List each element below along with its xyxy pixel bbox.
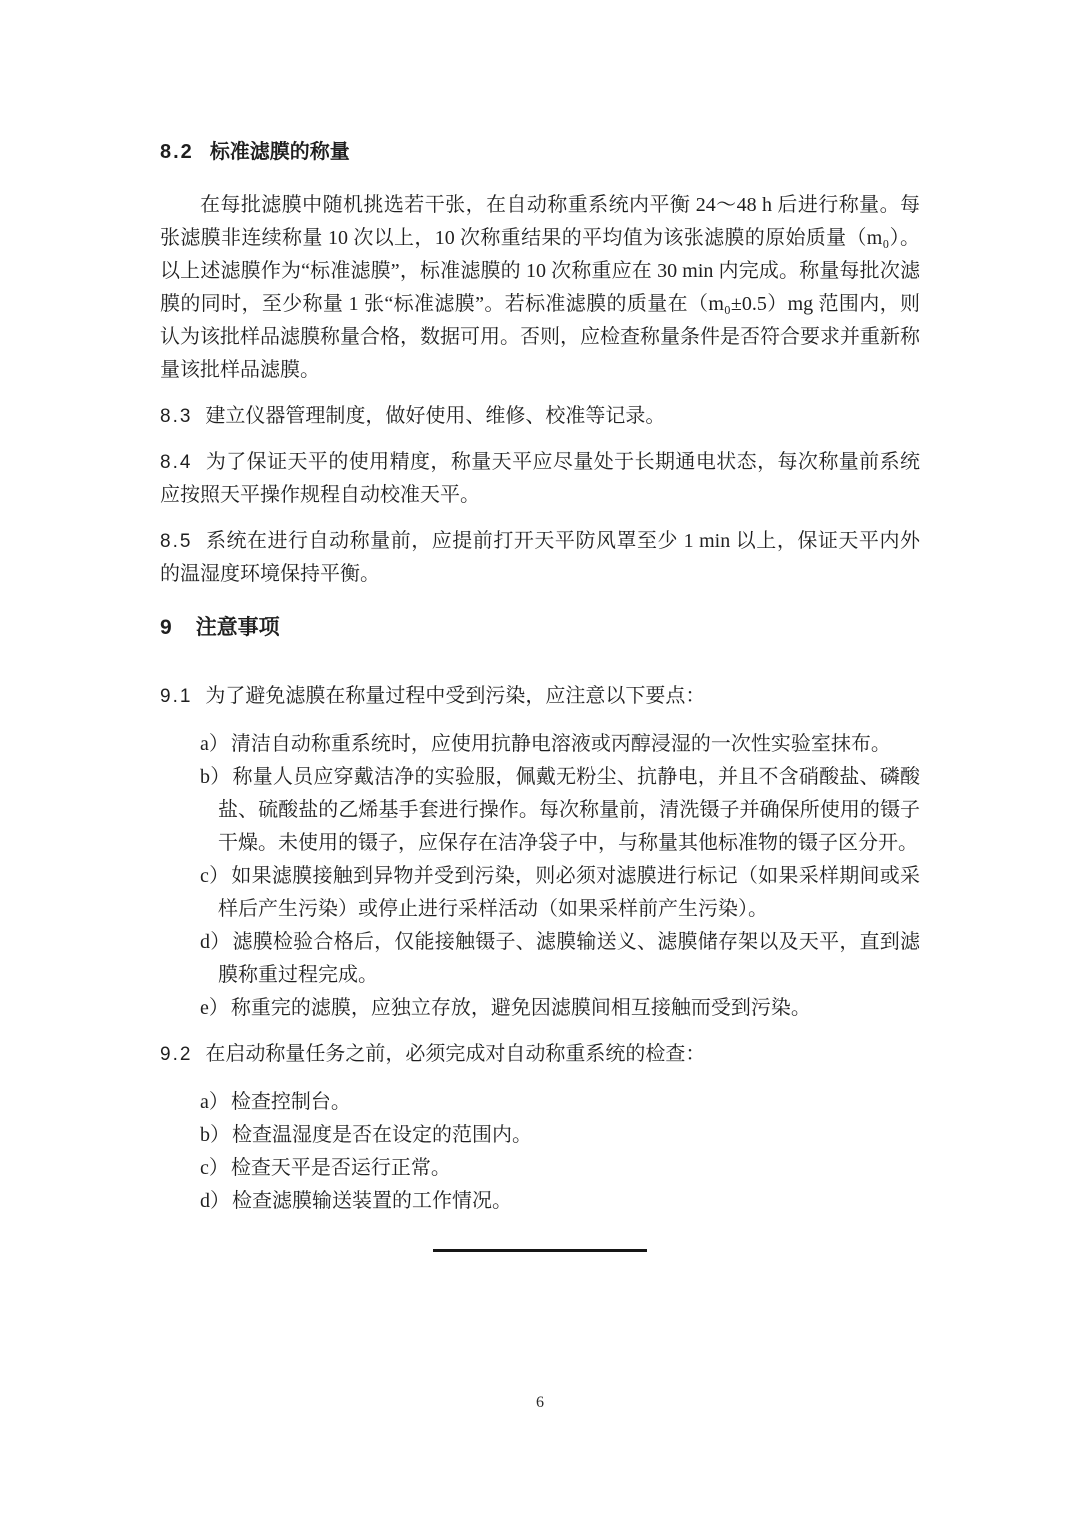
list-item-label: d） <box>200 931 230 953</box>
document-content: 8.2标准滤膜的称量 在每批滤膜中随机挑选若干张，在自动称重系统内平衡 24～4… <box>0 0 1080 1252</box>
clause-text-8-3: 建立仪器管理制度，做好使用、维修、校准等记录。 <box>205 405 665 427</box>
list-item-text: 检查天平是否运行正常。 <box>231 1157 451 1179</box>
list-item-c: c）如果滤膜接触到异物并受到污染，则必须对滤膜进行标记（如果采样期间或采样后产生… <box>160 860 920 926</box>
clause-8-5: 8.5系统在进行自动称量前，应提前打开天平防风罩至少 1 min 以上，保证天平… <box>160 525 920 591</box>
clause-text-8-5: 系统在进行自动称量前，应提前打开天平防风罩至少 1 min 以上，保证天平内外的… <box>160 530 920 585</box>
list-item-d: d）检查滤膜输送装置的工作情况。 <box>160 1185 920 1218</box>
page-number: 6 <box>536 1394 544 1411</box>
chapter-title-9: 注意事项 <box>196 616 280 639</box>
clause-text-9-2: 在启动称量任务之前，必须完成对自动称重系统的检查： <box>205 1043 705 1065</box>
clause-8-4: 8.4为了保证天平的使用精度，称量天平应尽量处于长期通电状态，每次称量前系统应按… <box>160 446 920 512</box>
list-item-a: a）清洁自动称重系统时，应使用抗静电溶液或丙醇浸湿的一次性实验室抹布。 <box>160 728 920 761</box>
list-item-text: 检查滤膜输送装置的工作情况。 <box>232 1190 512 1212</box>
clause-9-1: 9.1为了避免滤膜在称量过程中受到污染，应注意以下要点： <box>160 680 920 713</box>
list-item-text: 清洁自动称重系统时，应使用抗静电溶液或丙醇浸湿的一次性实验室抹布。 <box>231 733 891 755</box>
list-item-b: b）称量人员应穿戴洁净的实验服，佩戴无粉尘、抗静电，并且不含硝酸盐、磷酸盐、硫酸… <box>160 761 920 860</box>
chapter-number-9: 9 <box>160 616 172 639</box>
chapter-heading-9: 9注意事项 <box>160 614 920 642</box>
end-of-document-divider <box>433 1249 647 1252</box>
clause-text-8-4: 为了保证天平的使用精度，称量天平应尽量处于长期通电状态，每次称量前系统应按照天平… <box>160 451 920 506</box>
list-item-text: 滤膜检验合格后，仅能接触镊子、滤膜输送义、滤膜储存架以及天平，直到滤膜称重过程完… <box>218 931 920 986</box>
page-footer: 6 <box>0 1394 1080 1412</box>
list-item-d: d）滤膜检验合格后，仅能接触镊子、滤膜输送义、滤膜储存架以及天平，直到滤膜称重过… <box>160 926 920 992</box>
list-item-label: d） <box>200 1190 230 1212</box>
clause-text-9-1: 为了避免滤膜在称量过程中受到污染，应注意以下要点： <box>205 685 705 707</box>
clause-number-9-2: 9.2 <box>160 1044 192 1065</box>
list-item-c: c）检查天平是否运行正常。 <box>160 1152 920 1185</box>
clause-number-8-3: 8.3 <box>160 406 192 427</box>
clause-number-8-4: 8.4 <box>160 452 192 473</box>
clause-number-8-5: 8.5 <box>160 531 192 552</box>
list-item-text: 称重完的滤膜，应独立存放，避免因滤膜间相互接触而受到污染。 <box>231 997 811 1019</box>
clause-9-2: 9.2在启动称量任务之前，必须完成对自动称重系统的检查： <box>160 1038 920 1071</box>
list-item-text: 检查温湿度是否在设定的范围内。 <box>232 1124 532 1146</box>
list-item-label: b） <box>200 1124 230 1146</box>
section-title-8-2: 标准滤膜的称量 <box>210 141 350 163</box>
paragraph-8-2: 在每批滤膜中随机挑选若干张，在自动称重系统内平衡 24～48 h 后进行称量。每… <box>160 189 920 387</box>
list-item-text: 检查控制台。 <box>231 1091 351 1113</box>
list-item-text: 称量人员应穿戴洁净的实验服，佩戴无粉尘、抗静电，并且不含硝酸盐、磷酸盐、硫酸盐的… <box>218 766 920 854</box>
section-heading-8-2: 8.2标准滤膜的称量 <box>160 138 920 166</box>
list-item-label: a） <box>200 733 229 755</box>
clause-8-3: 8.3建立仪器管理制度，做好使用、维修、校准等记录。 <box>160 400 920 433</box>
list-item-b: b）检查温湿度是否在设定的范围内。 <box>160 1119 920 1152</box>
clause-number-9-1: 9.1 <box>160 686 192 707</box>
section-number-8-2: 8.2 <box>160 141 194 163</box>
list-item-label: a） <box>200 1091 229 1113</box>
notes-list-9-1: a）清洁自动称重系统时，应使用抗静电溶液或丙醇浸湿的一次性实验室抹布。 b）称量… <box>160 728 920 1025</box>
list-item-e: e）称重完的滤膜，应独立存放，避免因滤膜间相互接触而受到污染。 <box>160 992 920 1025</box>
list-item-a: a）检查控制台。 <box>160 1086 920 1119</box>
document-page: 8.2标准滤膜的称量 在每批滤膜中随机挑选若干张，在自动称重系统内平衡 24～4… <box>0 0 1080 1527</box>
notes-list-9-2: a）检查控制台。 b）检查温湿度是否在设定的范围内。 c）检查天平是否运行正常。… <box>160 1086 920 1218</box>
list-item-label: e） <box>200 997 229 1019</box>
list-item-label: c） <box>200 1157 229 1179</box>
list-item-text: 如果滤膜接触到异物并受到污染，则必须对滤膜进行标记（如果采样期间或采样后产生污染… <box>218 865 920 920</box>
list-item-label: b） <box>200 766 230 788</box>
list-item-label: c） <box>200 865 229 887</box>
